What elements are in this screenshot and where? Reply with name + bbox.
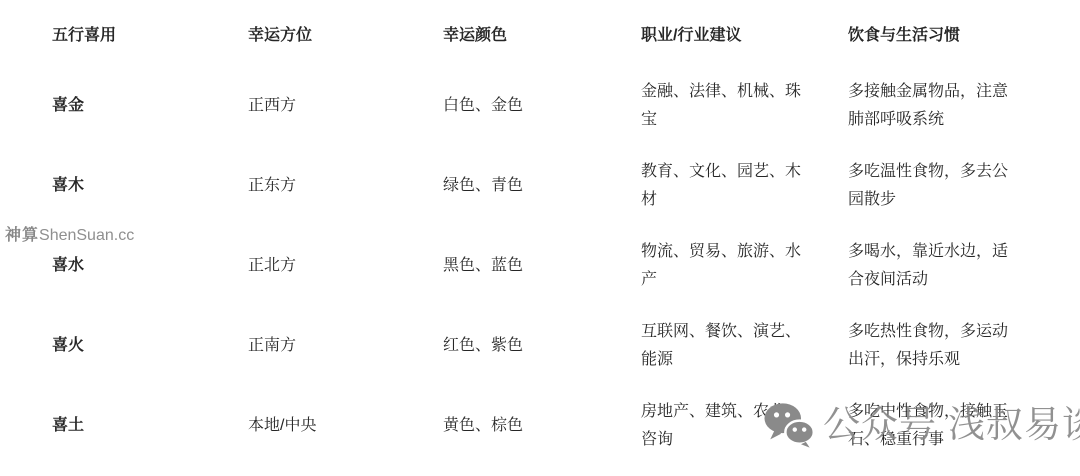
cell-direction: 正南方 <box>248 332 443 360</box>
table-row-fire: 喜火 正南方 红色、紫色 互联网、餐饮、演艺、能源 多吃热性食物，多运动出汗，保… <box>0 306 1080 386</box>
cell-element: 喜火 <box>52 332 248 360</box>
cell-colors: 黑色、蓝色 <box>443 252 641 280</box>
cell-colors: 白色、金色 <box>443 92 641 120</box>
cell-direction: 正东方 <box>248 172 443 200</box>
cell-habits: 多喝水，靠近水边，适合夜间活动 <box>848 238 1080 294</box>
cell-habits: 多吃温性食物，多去公园散步 <box>848 158 1080 214</box>
cell-element: 喜木 <box>52 172 248 200</box>
cell-habits: 多吃中性食物，接触玉石、稳重行事 <box>848 398 1080 454</box>
cell-habits: 多吃热性食物，多运动出汗，保持乐观 <box>848 318 1080 374</box>
five-elements-table: 五行喜用 幸运方位 幸运颜色 职业/行业建议 饮食与生活习惯 喜金 正西方 白色… <box>0 0 1080 466</box>
cell-colors: 绿色、青色 <box>443 172 641 200</box>
table-header-row: 五行喜用 幸运方位 幸运颜色 职业/行业建议 饮食与生活习惯 <box>0 0 1080 66</box>
cell-element: 喜水 <box>52 252 248 280</box>
cell-colors: 红色、紫色 <box>443 332 641 360</box>
column-header-career: 职业/行业建议 <box>641 22 848 50</box>
cell-career: 互联网、餐饮、演艺、能源 <box>641 318 848 374</box>
cell-direction: 本地/中央 <box>248 412 443 440</box>
column-header-direction: 幸运方位 <box>248 22 443 50</box>
cell-career: 教育、文化、园艺、木材 <box>641 158 848 214</box>
table-row-metal: 喜金 正西方 白色、金色 金融、法律、机械、珠宝 多接触金属物品，注意肺部呼吸系… <box>0 66 1080 146</box>
table-row-earth: 喜土 本地/中央 黄色、棕色 房地产、建筑、农业、咨询 多吃中性食物，接触玉石、… <box>0 386 1080 466</box>
cell-career: 房地产、建筑、农业、咨询 <box>641 398 848 454</box>
cell-colors: 黄色、棕色 <box>443 412 641 440</box>
table-row-water: 喜水 正北方 黑色、蓝色 物流、贸易、旅游、水产 多喝水，靠近水边，适合夜间活动 <box>0 226 1080 306</box>
cell-career: 物流、贸易、旅游、水产 <box>641 238 848 294</box>
cell-direction: 正西方 <box>248 92 443 120</box>
table-row-wood: 喜木 正东方 绿色、青色 教育、文化、园艺、木材 多吃温性食物，多去公园散步 <box>0 146 1080 226</box>
cell-element: 喜金 <box>52 92 248 120</box>
cell-direction: 正北方 <box>248 252 443 280</box>
cell-element: 喜土 <box>52 412 248 440</box>
cell-habits: 多接触金属物品，注意肺部呼吸系统 <box>848 78 1080 134</box>
column-header-colors: 幸运颜色 <box>443 22 641 50</box>
cell-career: 金融、法律、机械、珠宝 <box>641 78 848 134</box>
column-header-habits: 饮食与生活习惯 <box>848 22 1080 50</box>
column-header-element: 五行喜用 <box>52 22 248 50</box>
